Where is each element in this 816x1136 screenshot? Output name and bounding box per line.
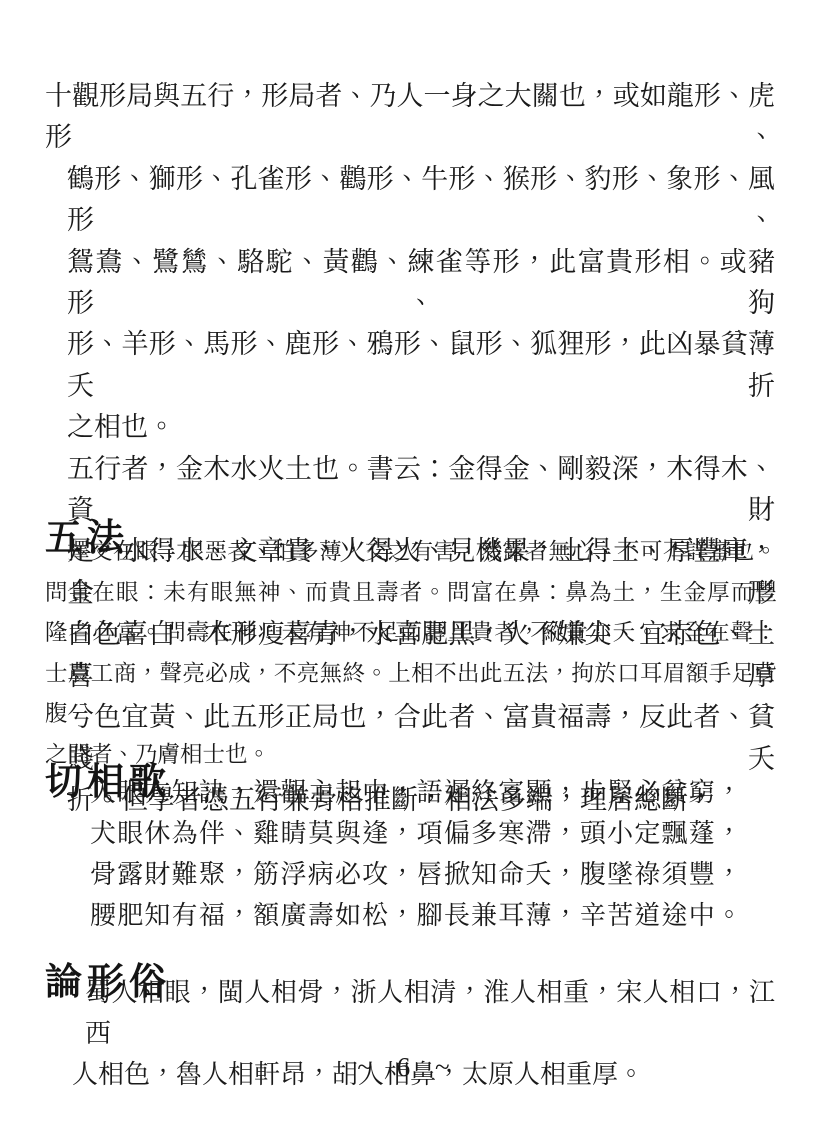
text-line: 士農工商，聲亮必成，不亮無終。上相不出此五法，拘於口耳眉額手足背腹 xyxy=(45,654,777,735)
poem-qie-xiang-ge: 入眼方知訣，還觀主起中，語遲終富顯，步緊必貧窮， 犬眼休為伴、雞睛莫與逢，項偏多… xyxy=(90,772,742,936)
poem-line: 入眼方知訣，還觀主起中，語遲終富顯，步緊必貧窮， xyxy=(90,772,742,813)
text-line: 五行者，金木水火土也。書云：金得金、剛毅深，木得木、資財 xyxy=(67,449,775,532)
text-line: 之相也。 xyxy=(67,407,775,448)
text-line: 鶴形、獅形、孔雀形、鸛形、牛形、猴形、豹形、象形、風形、 xyxy=(67,159,775,242)
text-line: 十觀形局與五行，形局者、乃人一身之大關也，或如龍形、虎形、 xyxy=(45,76,775,159)
text-line: 問貴在眼：未有眼無神、而貴且壽者。問富在鼻：鼻為土，生金厚而豐 xyxy=(45,573,777,614)
text-line: 形、羊形、馬形、鹿形、鴉形、鼠形、狐狸形，此凶暴貧薄夭折 xyxy=(67,324,775,407)
text-line: 蜀人相眼，閩人相骨，浙人相清，淮人相重，宋人相口，江西 xyxy=(85,972,775,1054)
text-line: 隆者必富。問壽在神：未有神不足而壽且貴者，縱貴亦夭。求全在聲： xyxy=(45,613,777,654)
poem-line: 腰肥知有福，額廣壽如松，腳長兼耳薄，辛苦道途中。 xyxy=(90,895,742,936)
text-line: 擇交在眼：眼惡者、怕多薄，交之有害，然露者無心、不可不詳審也。 xyxy=(45,532,777,573)
scanned-book-page: 十觀形局與五行，形局者、乃人一身之大關也，或如龍形、虎形、 鶴形、獅形、孔雀形、… xyxy=(0,0,816,1136)
page-number: ~ 6 ~ xyxy=(0,1052,816,1083)
paragraph-five-methods: 擇交在眼：眼惡者、怕多薄，交之有害，然露者無心、不可不詳審也。 問貴在眼：未有眼… xyxy=(45,532,777,775)
text-line: 鴛鴦、鷺鷥、駱駝、黃鸛、練雀等形，此富貴形相。或豬形、狗 xyxy=(67,242,775,325)
poem-line: 犬眼休為伴、雞睛莫與逢，項偏多寒滯，頭小定飄蓬， xyxy=(90,813,742,854)
poem-line: 骨露財難聚，筋浮病必攻，唇掀知命夭，腹墜祿須豐， xyxy=(90,854,742,895)
